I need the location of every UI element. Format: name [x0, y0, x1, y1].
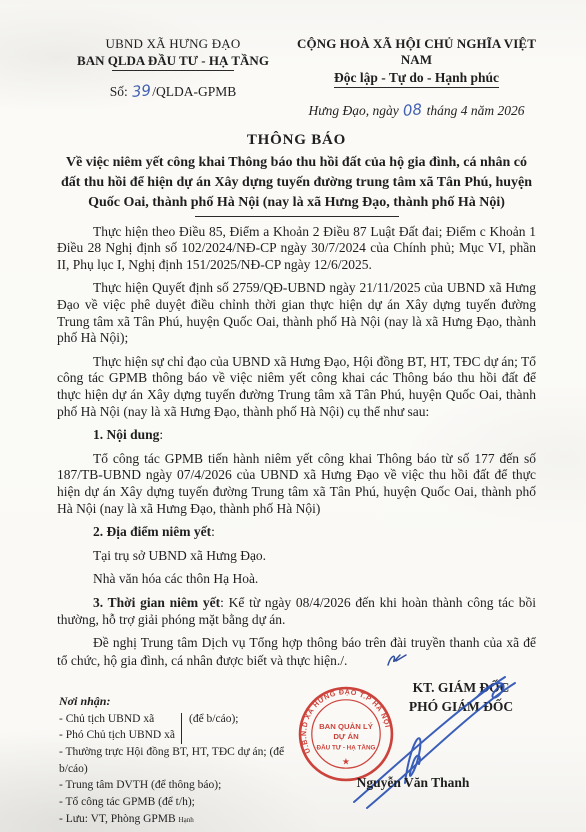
title-underline: [195, 216, 399, 217]
stamp-center-line3: ĐẦU TƯ - HẠ TẦNG: [317, 742, 376, 752]
section-1-text: Tổ công tác GPMB tiến hành niêm yết công…: [57, 451, 536, 517]
title-block: THÔNG BÁO Về việc niêm yết công khai Thô…: [57, 132, 536, 217]
recipient-item: - Trung tâm DVTH (để thông báo);: [59, 777, 311, 794]
national-motto-line2: Độc lập - Tự do - Hạnh phúc: [334, 70, 499, 88]
section-2-item-2: Nhà văn hóa các thôn Hạ Hoà.: [57, 571, 536, 588]
issuing-org-block: UBND XÃ HƯNG ĐẠO BAN QLDA ĐẦU TƯ - HẠ TẦ…: [57, 36, 289, 100]
date-day-handwritten: 08: [402, 102, 424, 119]
signature-footer: Nơi nhận: - Chủ tịch UBND xã - Phó Chủ t…: [57, 679, 536, 832]
paragraph-legal-basis-3: Thực hiện sự chỉ đạo của UBND xã Hưng Đạ…: [57, 354, 536, 420]
org-name: BAN QLDA ĐẦU TƯ - HẠ TẦNG: [57, 53, 289, 69]
bracket-note: (để b/cáo);: [189, 711, 239, 728]
signer-name: Nguyễn Văn Thanh: [307, 775, 519, 791]
place-date-line: Hưng Đạo, ngày 08 tháng 4 năm 2026: [297, 103, 536, 119]
national-motto-line1: CỘNG HOÀ XÃ HỘI CHỦ NGHĨA VIỆT NAM: [297, 36, 536, 68]
document-type-heading: THÔNG BÁO: [57, 132, 536, 149]
document-subject: Về việc niêm yết công khai Thông báo thu…: [59, 153, 534, 213]
closing-paragraph: Đề nghị Trung tâm Dịch vụ Tổng hợp thông…: [57, 635, 536, 671]
paragraph-legal-basis-2: Thực hiện Quyết định số 2759/QĐ-UBND ngà…: [57, 280, 536, 346]
recipients-bracket-group: - Chủ tịch UBND xã - Phó Chủ tịch UBND x…: [59, 711, 311, 744]
date-prefix: Hưng Đạo, ngày: [309, 103, 399, 118]
document-number-label: Số:: [110, 84, 128, 99]
bracket-bar: [181, 713, 182, 744]
handwritten-initials-icon: [349, 652, 409, 672]
recipients-block: Nơi nhận: - Chủ tịch UBND xã - Phó Chủ t…: [59, 693, 311, 827]
paragraph-legal-basis-1: Thực hiện theo Điều 85, Điểm a Khoản 2 Đ…: [57, 224, 536, 274]
national-header-block: CỘNG HOÀ XÃ HỘI CHỦ NGHĨA VIỆT NAM Độc l…: [289, 36, 536, 119]
document-number-suffix: /QLDA-GPMB: [152, 84, 236, 99]
official-red-stamp: U.B.N.D XÃ HƯNG ĐẠO T.P HÀ NỘI BAN QUẢN …: [297, 685, 395, 783]
recipient-item: - Chủ tịch UBND xã: [59, 711, 311, 728]
document-number: Số: 39/QLDA-GPMB: [57, 84, 289, 100]
recipient-item-last: - Lưu: VT, Phòng GPMB Hạnh: [59, 811, 311, 828]
section-2-heading: 2. Địa điểm niêm yết:: [57, 524, 536, 541]
recipient-item: - Thường trực Hội đồng BT, HT, TĐC dự án…: [59, 744, 311, 777]
clerk-initials: Hạnh: [179, 816, 194, 824]
stamp-center-line1: BAN QUẢN LÝ: [319, 722, 374, 731]
section-3-paragraph: 3. Thời gian niêm yết: Kể từ ngày 08/4/2…: [57, 595, 536, 628]
document-header: UBND XÃ HƯNG ĐẠO BAN QLDA ĐẦU TƯ - HẠ TẦ…: [57, 36, 536, 119]
stamp-center-line2: DỰ ÁN: [333, 732, 359, 741]
recipient-item: - Phó Chủ tịch UBND xã: [59, 727, 311, 744]
org-underline: [112, 70, 234, 71]
org-parent: UBND XÃ HƯNG ĐẠO: [57, 36, 289, 52]
section-2-item-1: Tại trụ sở UBND xã Hưng Đạo.: [57, 548, 536, 565]
recipient-item: - Tổ công tác GPMB (để t/h);: [59, 794, 311, 811]
date-suffix: tháng 4 năm 2026: [427, 103, 525, 118]
stamp-star-icon: ★: [342, 757, 350, 767]
section-1-heading: 1. Nội dung:: [57, 427, 536, 444]
document-number-handwritten: 39: [131, 83, 153, 100]
scanned-document-page: UBND XÃ HƯNG ĐẠO BAN QLDA ĐẦU TƯ - HẠ TẦ…: [0, 0, 586, 832]
recipients-label: Nơi nhận:: [59, 693, 311, 710]
